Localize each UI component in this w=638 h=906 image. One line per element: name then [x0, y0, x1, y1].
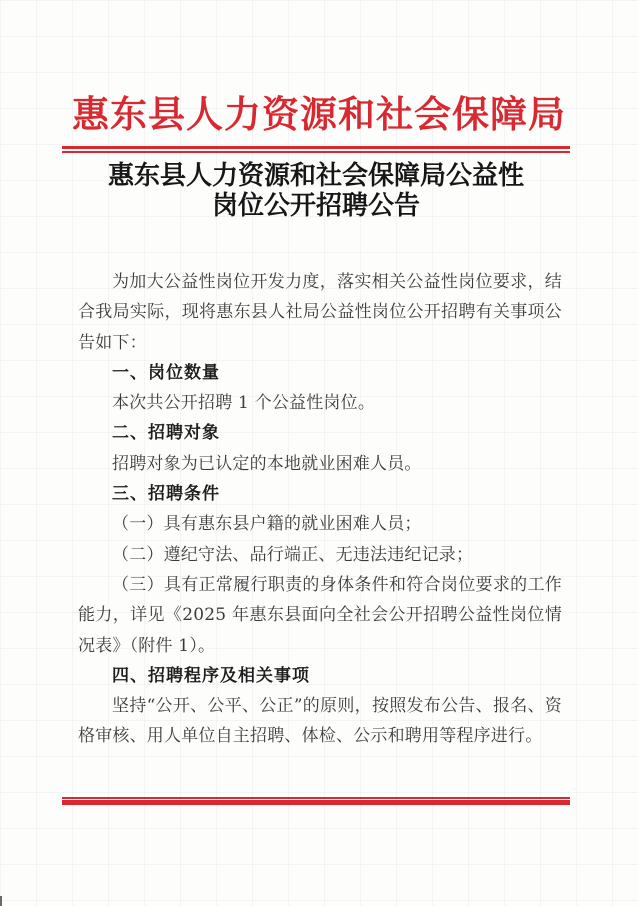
- document-title: 惠东县人力资源和社会保障局公益性 岗位公开招聘公告: [62, 161, 570, 221]
- document-title-line1: 惠东县人力资源和社会保障局公益性: [62, 161, 570, 191]
- document-body: 为加大公益性岗位开发力度，落实相关公益性岗位要求，结合我局实际，现将惠东县人社局…: [78, 267, 562, 752]
- footer-rule-thick-line: [62, 800, 570, 805]
- document-title-line2: 岗位公开招聘公告: [62, 191, 570, 221]
- section-2-heading: 二、招聘对象: [78, 418, 562, 448]
- section-4-paragraph: 坚持“公开、公平、公正”的原则，按照发布公告、报名、资格审核、用人单位自主招聘、…: [78, 691, 562, 752]
- section-2-paragraph: 招聘对象为已认定的本地就业困难人员。: [78, 449, 562, 479]
- footer-rule-thin-line: [62, 797, 570, 799]
- section-1-paragraph: 本次共公开招聘 1 个公益性岗位。: [78, 388, 562, 418]
- intro-paragraph: 为加大公益性岗位开发力度，落实相关公益性岗位要求，结合我局实际，现将惠东县人社局…: [78, 267, 562, 358]
- section-1-heading: 一、岗位数量: [78, 358, 562, 388]
- footer-rule: [62, 797, 570, 805]
- letterhead-org-name: 惠东县人力资源和社会保障局: [0, 94, 638, 134]
- document-page: 惠东县人力资源和社会保障局 惠东县人力资源和社会保障局公益性 岗位公开招聘公告 …: [0, 0, 638, 906]
- section-3-heading: 三、招聘条件: [78, 479, 562, 509]
- letterhead-divider-rule: [62, 146, 570, 153]
- section-3-paragraph-3: （三）具有正常履行职责的身体条件和符合岗位要求的工作能力，详见《2025 年惠东…: [78, 570, 562, 661]
- section-3-paragraph-2: （二）遵纪守法、品行端正、无违法违纪记录；: [78, 540, 562, 570]
- section-4-heading: 四、招聘程序及相关事项: [78, 661, 562, 691]
- scan-artifact-mark: [0, 896, 2, 906]
- section-3-paragraph-1: （一）具有惠东县户籍的就业困难人员；: [78, 509, 562, 539]
